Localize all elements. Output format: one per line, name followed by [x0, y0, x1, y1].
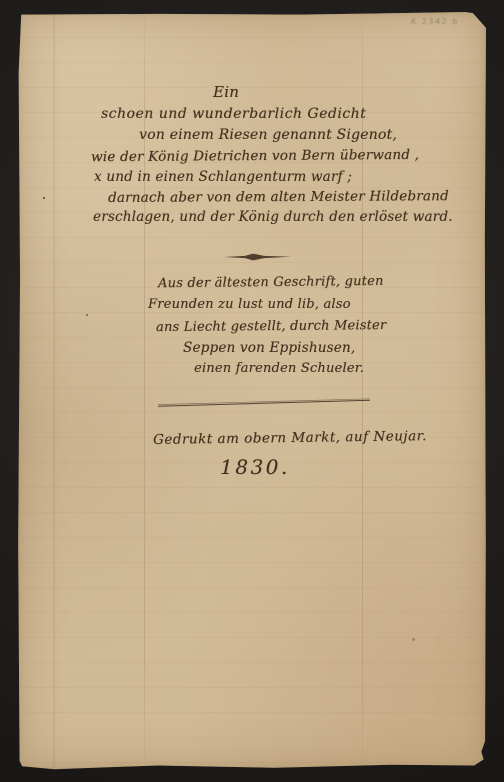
title-line-6: darnach aber von dem alten Meister Hilde…	[108, 188, 449, 206]
vertical-fold-line	[144, 12, 145, 770]
paper-edge-shading	[17, 12, 486, 770]
manuscript-page: K 2342 b Ein schoen und wunderbarlich Ge…	[17, 12, 486, 770]
title-line-1: Ein	[213, 83, 239, 101]
paper-laid-lines-texture	[17, 12, 486, 770]
ink-speck	[43, 197, 45, 199]
attribution-line-2: Freunden zu lust und lib, also	[148, 297, 351, 312]
attribution-line-5: einen farenden Schueler.	[194, 361, 364, 376]
imprint-line: Gedrukt am obern Markt, auf Neujar.	[153, 428, 427, 448]
double-rule-divider	[156, 393, 372, 412]
attribution-line-3: ans Liecht gestellt, durch Meister	[156, 318, 386, 335]
diamond-rule-icon	[223, 252, 293, 262]
double-rule-icon	[156, 398, 372, 408]
scan-background: K 2342 b Ein schoen und wunderbarlich Ge…	[0, 0, 504, 782]
attribution-line-1: Aus der ältesten Geschrift, guten	[158, 274, 384, 291]
title-line-3: von einem Riesen genannt Sigenot,	[139, 127, 397, 143]
title-line-2: schoen und wunderbarlich Gedicht	[101, 106, 366, 122]
foxing-spot	[412, 638, 415, 641]
diamond-rule-ornament	[223, 247, 293, 266]
year-date: 1830.	[220, 455, 290, 479]
pencil-shelfmark: K 2342 b	[411, 17, 459, 26]
title-line-4: wie der König Dietrichen von Bern überwa…	[91, 147, 419, 165]
title-line-7: erschlagen, und der König durch den erlö…	[93, 209, 453, 225]
vertical-fold-line	[362, 12, 363, 770]
title-line-5: x und in einen Schlangenturm warf ;	[94, 169, 352, 185]
left-edge-crease	[53, 12, 57, 770]
ink-speck	[86, 314, 88, 316]
attribution-line-4: Seppen von Eppishusen,	[183, 340, 355, 356]
